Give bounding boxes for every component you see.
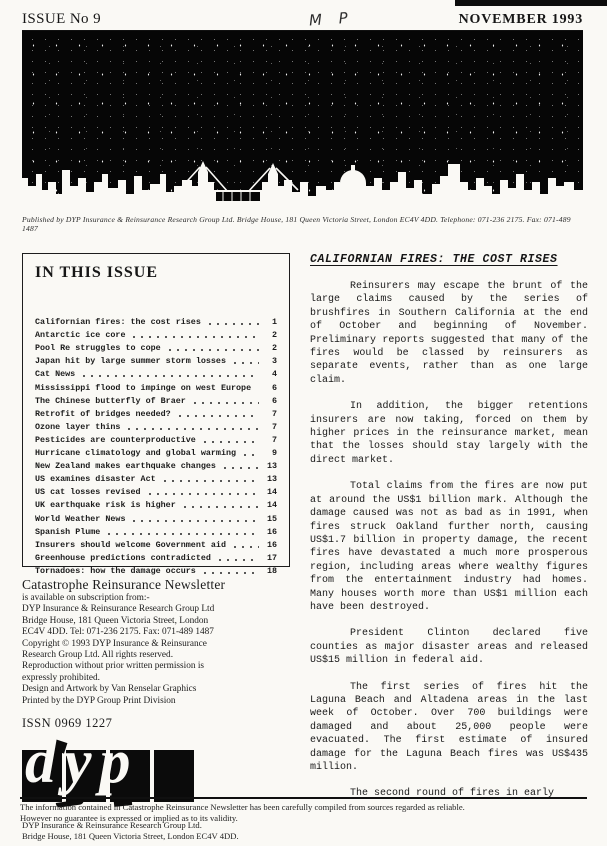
toc-entry: Pesticides are counterproductive 7: [35, 432, 277, 445]
skyline-silhouette: [22, 152, 583, 210]
disclaimer: The information contained in Catastrophe…: [20, 802, 587, 823]
toc-entry-page: 13: [263, 461, 277, 471]
subscription-line: Reproduction without prior written permi…: [22, 661, 290, 672]
article-paragraph: The first series of fires hit the Laguna…: [310, 681, 588, 775]
article-body: Reinsurers may escape the brunt of the l…: [310, 280, 588, 801]
toc-entry-label: Japan hit by large summer storm losses: [35, 356, 226, 366]
toc-entry-label: US examines disaster Act: [35, 474, 156, 484]
toc-entry-label: Pesticides are counterproductive: [35, 435, 196, 445]
toc-dot-leader: [146, 491, 259, 495]
toc-entry-label: Pool Re struggles to cope: [35, 343, 161, 353]
article-paragraph: In addition, the bigger retentions insur…: [310, 400, 588, 467]
toc-entry-page: 16: [263, 540, 277, 550]
toc-dot-leader: [206, 321, 259, 325]
toc-entry-label: New Zealand makes earthquake changes: [35, 461, 216, 471]
toc-dot-leader: [161, 478, 259, 482]
toc-entry: Antarctic ice core 2: [35, 327, 277, 340]
toc-dot-leader: [216, 557, 259, 561]
issue-date: NOVEMBER 1993: [459, 12, 583, 28]
toc-entry-label: World Weather News: [35, 514, 125, 524]
toc-dot-leader: [256, 387, 259, 391]
toc-entry-page: 7: [263, 435, 277, 445]
toc-entry: World Weather News 15: [35, 510, 277, 523]
left-column: IN THIS ISSUE Californian fires: the cos…: [22, 253, 290, 841]
toc-title: IN THIS ISSUE: [35, 264, 277, 282]
subscription-line: Bridge House, 181 Queen Victoria Street,…: [22, 616, 290, 627]
toc-entry-page: 2: [263, 343, 277, 353]
toc-entry: Hurricane climatology and global warming…: [35, 445, 277, 458]
company-address-line: Bridge House, 181 Queen Victoria Street,…: [22, 831, 290, 842]
toc-entry-page: 17: [263, 553, 277, 563]
disclaimer-line: However no guarantee is expressed or imp…: [20, 813, 587, 824]
toc-entry-page: 9: [263, 448, 277, 458]
article-paragraph: President Clinton declared five counties…: [310, 627, 588, 667]
toc-entry: New Zealand makes earthquake changes 13: [35, 458, 277, 471]
toc-box: IN THIS ISSUE Californian fires: the cos…: [22, 253, 290, 567]
toc-entry: Japan hit by large summer storm losses 3: [35, 353, 277, 366]
toc-entry: US cat losses revised 14: [35, 484, 277, 497]
logo-block: [154, 750, 194, 802]
toc-entry-label: Greenhouse predictions contradicted: [35, 553, 211, 563]
toc-dot-leader: [181, 504, 259, 508]
logo-letters: dyp: [25, 727, 139, 798]
toc-dot-leader: [166, 347, 259, 351]
toc-dot-leader: [241, 452, 259, 456]
article-paragraph: Total claims from the fires are now put …: [310, 480, 588, 614]
toc-entry: UK earthquake risk is higher 14: [35, 497, 277, 510]
toc-entry: Insurers should welcome Government aid 1…: [35, 537, 277, 550]
toc-entry: Retrofit of bridges needed? 7: [35, 406, 277, 419]
toc-list: Californian fires: the cost rises 1 Anta…: [35, 314, 277, 576]
toc-entry-page: 16: [263, 527, 277, 537]
toc-entry-page: 14: [263, 487, 277, 497]
london-skyline-image: [22, 31, 583, 210]
toc-entry-label: The Chinese butterfly of Braer: [35, 396, 186, 406]
toc-entry-label: US cat losses revised: [35, 487, 141, 497]
toc-entry: US examines disaster Act 13: [35, 471, 277, 484]
subscription-line: expressly prohibited.: [22, 673, 290, 684]
toc-entry-label: Insurers should welcome Government aid: [35, 540, 226, 550]
subscription-block: Catastrophe Reinsurance Newsletter is av…: [22, 577, 290, 731]
toc-dot-leader: [105, 531, 259, 535]
toc-entry-label: Mississippi flood to impinge on west Eur…: [35, 383, 251, 393]
disclaimer-line: The information contained in Catastrophe…: [20, 802, 587, 813]
toc-entry-page: 18: [263, 566, 277, 576]
newsletter-name: Catastrophe Reinsurance Newsletter: [22, 577, 290, 593]
newsletter-page: ISSUE No 9 M P NOVEMBER 1993 Published b…: [0, 0, 607, 846]
toc-entry-label: UK earthquake risk is higher: [35, 500, 176, 510]
toc-entry-label: Californian fires: the cost rises: [35, 317, 201, 327]
toc-entry-label: Cat News: [35, 369, 75, 379]
toc-dot-leader: [176, 413, 259, 417]
issue-number: ISSUE No 9: [22, 11, 101, 28]
toc-dot-leader: [80, 373, 259, 377]
toc-dot-leader: [201, 570, 259, 574]
subscription-line: Research Group Ltd. All rights reserved.: [22, 650, 290, 661]
toc-dot-leader: [201, 439, 259, 443]
toc-entry: Mississippi flood to impinge on west Eur…: [35, 379, 277, 392]
subscription-line: EC4V 4DD. Tel: 071-236 2175. Fax: 071-48…: [22, 627, 290, 638]
toc-dot-leader: [191, 400, 259, 404]
toc-entry-label: Spanish Plume: [35, 527, 100, 537]
published-by-line: Published by DYP Insurance & Reinsurance…: [22, 215, 585, 233]
toc-entry: Greenhouse predictions contradicted 17: [35, 550, 277, 563]
page-header: ISSUE No 9 M P NOVEMBER 1993: [22, 10, 583, 28]
toc-entry-page: 2: [263, 330, 277, 340]
toc-entry-label: Tornadoes: how the damage occurs: [35, 566, 196, 576]
subscription-lines: is available on subscription from:-DYP I…: [22, 593, 290, 707]
article-title: CALIFORNIAN FIRES: THE COST RISES: [310, 253, 588, 266]
toc-dot-leader: [130, 334, 259, 338]
toc-entry-page: 14: [263, 500, 277, 510]
company-address: DYP Insurance & Reinsurance Research Gro…: [22, 820, 290, 841]
toc-entry-page: 7: [263, 409, 277, 419]
toc-entry-label: Retrofit of bridges needed?: [35, 409, 171, 419]
toc-entry: Californian fires: the cost rises 1: [35, 314, 277, 327]
toc-entry-page: 1: [263, 317, 277, 327]
toc-entry-label: Hurricane climatology and global warming: [35, 448, 236, 458]
toc-entry: Ozone layer thins 7: [35, 419, 277, 432]
subscription-line: Copyright © 1993 DYP Insurance & Reinsur…: [22, 639, 290, 650]
toc-dot-leader: [231, 544, 259, 548]
toc-entry: Tornadoes: how the damage occurs 18: [35, 563, 277, 576]
toc-entry-page: 7: [263, 422, 277, 432]
toc-entry: The Chinese butterfly of Braer 6: [35, 393, 277, 406]
toc-entry-page: 6: [263, 383, 277, 393]
toc-entry-label: Ozone layer thins: [35, 422, 120, 432]
toc-dot-leader: [231, 360, 259, 364]
subscription-line: DYP Insurance & Reinsurance Research Gro…: [22, 604, 290, 615]
toc-entry: Spanish Plume 16: [35, 524, 277, 537]
toc-dot-leader: [125, 426, 259, 430]
toc-entry: Pool Re struggles to cope 2: [35, 340, 277, 353]
main-content: IN THIS ISSUE Californian fires: the cos…: [22, 253, 607, 841]
handwritten-initials: M P: [308, 8, 354, 29]
subscription-line: Printed by the DYP Group Print Division: [22, 696, 290, 707]
article-paragraph: Reinsurers may escape the brunt of the l…: [310, 280, 588, 387]
toc-entry: Cat News 4: [35, 366, 277, 379]
toc-entry-page: 13: [263, 474, 277, 484]
scan-edge-bar: [455, 0, 607, 6]
toc-entry-page: 4: [263, 369, 277, 379]
toc-dot-leader: [221, 465, 259, 469]
page-footer: The information contained in Catastrophe…: [20, 797, 587, 823]
toc-entry-label: Antarctic ice core: [35, 330, 125, 340]
toc-entry-page: 15: [263, 514, 277, 524]
subscription-line: is available on subscription from:-: [22, 593, 290, 604]
toc-entry-page: 6: [263, 396, 277, 406]
toc-dot-leader: [130, 518, 259, 522]
article-column: CALIFORNIAN FIRES: THE COST RISES Reinsu…: [310, 253, 588, 841]
subscription-line: Design and Artwork by Van Renselar Graph…: [22, 684, 290, 695]
toc-entry-page: 3: [263, 356, 277, 366]
